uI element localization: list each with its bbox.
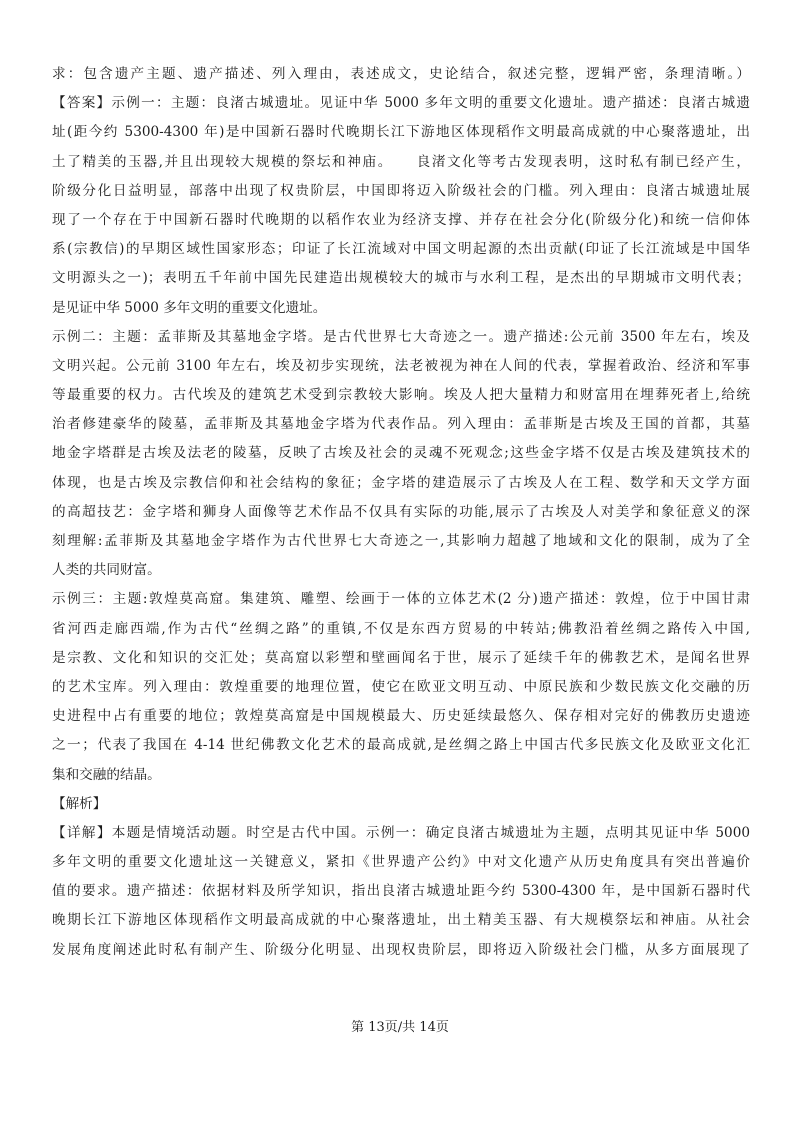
text-line: 值的要求。遗产描述：依据材料及所学知识，指出良渚古城遗址距今约 5300-430… bbox=[52, 877, 750, 906]
text-line: 求：包含遗产主题、遗产描述、列入理由，表述成文，史论结合，叙述完整，逻辑严密，条… bbox=[52, 60, 750, 89]
text-line: 的艺术宝库。列入理由：敦煌重要的地理位置，使它在欧亚文明互动、中原民族和少数民族… bbox=[52, 673, 750, 702]
text-line: 土了精美的玉器,并且出现较大规模的祭坛和神庙。 良渚文化等考古发现表明，这时私有… bbox=[52, 148, 750, 177]
text-line: 集和交融的结晶。 bbox=[52, 761, 750, 790]
text-line: 省河西走廊西端,作为古代“丝绸之路”的重镇,不仅是东西方贸易的中转站;佛教沿着丝… bbox=[52, 615, 750, 644]
text-line: 【详解】本题是情境活动题。时空是古代中国。示例一：确定良渚古城遗址为主题，点明其… bbox=[52, 819, 750, 848]
text-line: 发展角度阐述此时私有制产生、阶级分化明显、出现权贵阶层，即将迈入阶级社会门槛，从… bbox=[52, 936, 750, 965]
text-line: 系(宗教信)的早期区域性国家形态；印证了长江流域对中国文明起源的杰出贡献(印证了… bbox=[52, 235, 750, 264]
text-line: 史进程中占有重要的地位；敦煌莫高窟是中国规模最大、历史延续最悠久、保存相对完好的… bbox=[52, 702, 750, 731]
document-page: 求：包含遗产主题、遗产描述、列入理由，表述成文，史论结合，叙述完整，逻辑严密，条… bbox=[52, 60, 750, 965]
text-line: 文明源头之一)；表明五千年前中国先民建造出规模较大的城市与水利工程，是杰出的早期… bbox=[52, 264, 750, 293]
text-line: 多年文明的重要文化遗址这一关键意义，紧扣《世界遗产公约》中对文化遗产从历史角度具… bbox=[52, 848, 750, 877]
text-line: 阶级分化日益明显，部落中出现了权贵阶层，中国即将迈入阶级社会的门槛。列入理由：良… bbox=[52, 177, 750, 206]
text-line: 人类的共同财富。 bbox=[52, 556, 750, 585]
text-line: 址(距今约 5300-4300 年)是中国新石器时代晚期长江下游地区体现稻作文明… bbox=[52, 118, 750, 147]
text-line: 是宗教、文化和知识的交汇处；莫高窟以彩塑和壁画闻名于世，展示了延续千年的佛教艺术… bbox=[52, 644, 750, 673]
text-line: 示例三：主题:敦煌莫高窟。集建筑、雕塑、绘画于一体的立体艺术(2 分)遗产描述：… bbox=[52, 585, 750, 614]
text-line: 【答案】示例一：主题：良渚古城遗址。见证中华 5000 多年文明的重要文化遗址。… bbox=[52, 89, 750, 118]
text-line: 体现，也是古埃及宗教信仰和社会结构的象征；金字塔的建造展示了古埃及人在工程、数学… bbox=[52, 469, 750, 498]
text-line: 之一；代表了我国在 4-14 世纪佛教文化艺术的最高成就,是丝绸之路上中国古代多… bbox=[52, 731, 750, 760]
text-line: 文明兴起。公元前 3100 年左右，埃及初步实现统，法老被视为神在人间的代表，掌… bbox=[52, 352, 750, 381]
text-line: 现了一个存在于中国新石器时代晚期的以稻作农业为经济支撑、并存在社会分化(阶级分化… bbox=[52, 206, 750, 235]
section-heading-analysis: 【解析】 bbox=[52, 790, 750, 819]
text-line: 晚期长江下游地区体现稻作文明最高成就的中心聚落遗址，出土精美玉器、有大规模祭坛和… bbox=[52, 906, 750, 935]
page-number-footer: 第 13页/共 14页 bbox=[0, 1020, 800, 1036]
text-line: 示例二：主题：孟菲斯及其墓地金字塔。是古代世界七大奇迹之一。遗产描述:公元前 3… bbox=[52, 323, 750, 352]
text-line: 治者修建豪华的陵墓，孟菲斯及其墓地金字塔为代表作品。列入理由：孟菲斯是古埃及王国… bbox=[52, 410, 750, 439]
text-line: 地金字塔群是古埃及法老的陵墓，反映了古埃及社会的灵魂不死观念;这些金字塔不仅是古… bbox=[52, 439, 750, 468]
text-line: 是见证中华 5000 多年文明的重要文化遗址。 bbox=[52, 294, 750, 323]
text-line: 的高超技艺：金字塔和狮身人面像等艺术作品不仅具有实际的功能,展示了古埃及人对美学… bbox=[52, 498, 750, 527]
text-line: 刻理解:孟菲斯及其墓地金字塔作为古代世界七大奇迹之一,其影响力超越了地域和文化的… bbox=[52, 527, 750, 556]
text-line: 等最重要的权力。古代埃及的建筑艺术受到宗教较大影响。埃及人把大量精力和财富用在埋… bbox=[52, 381, 750, 410]
